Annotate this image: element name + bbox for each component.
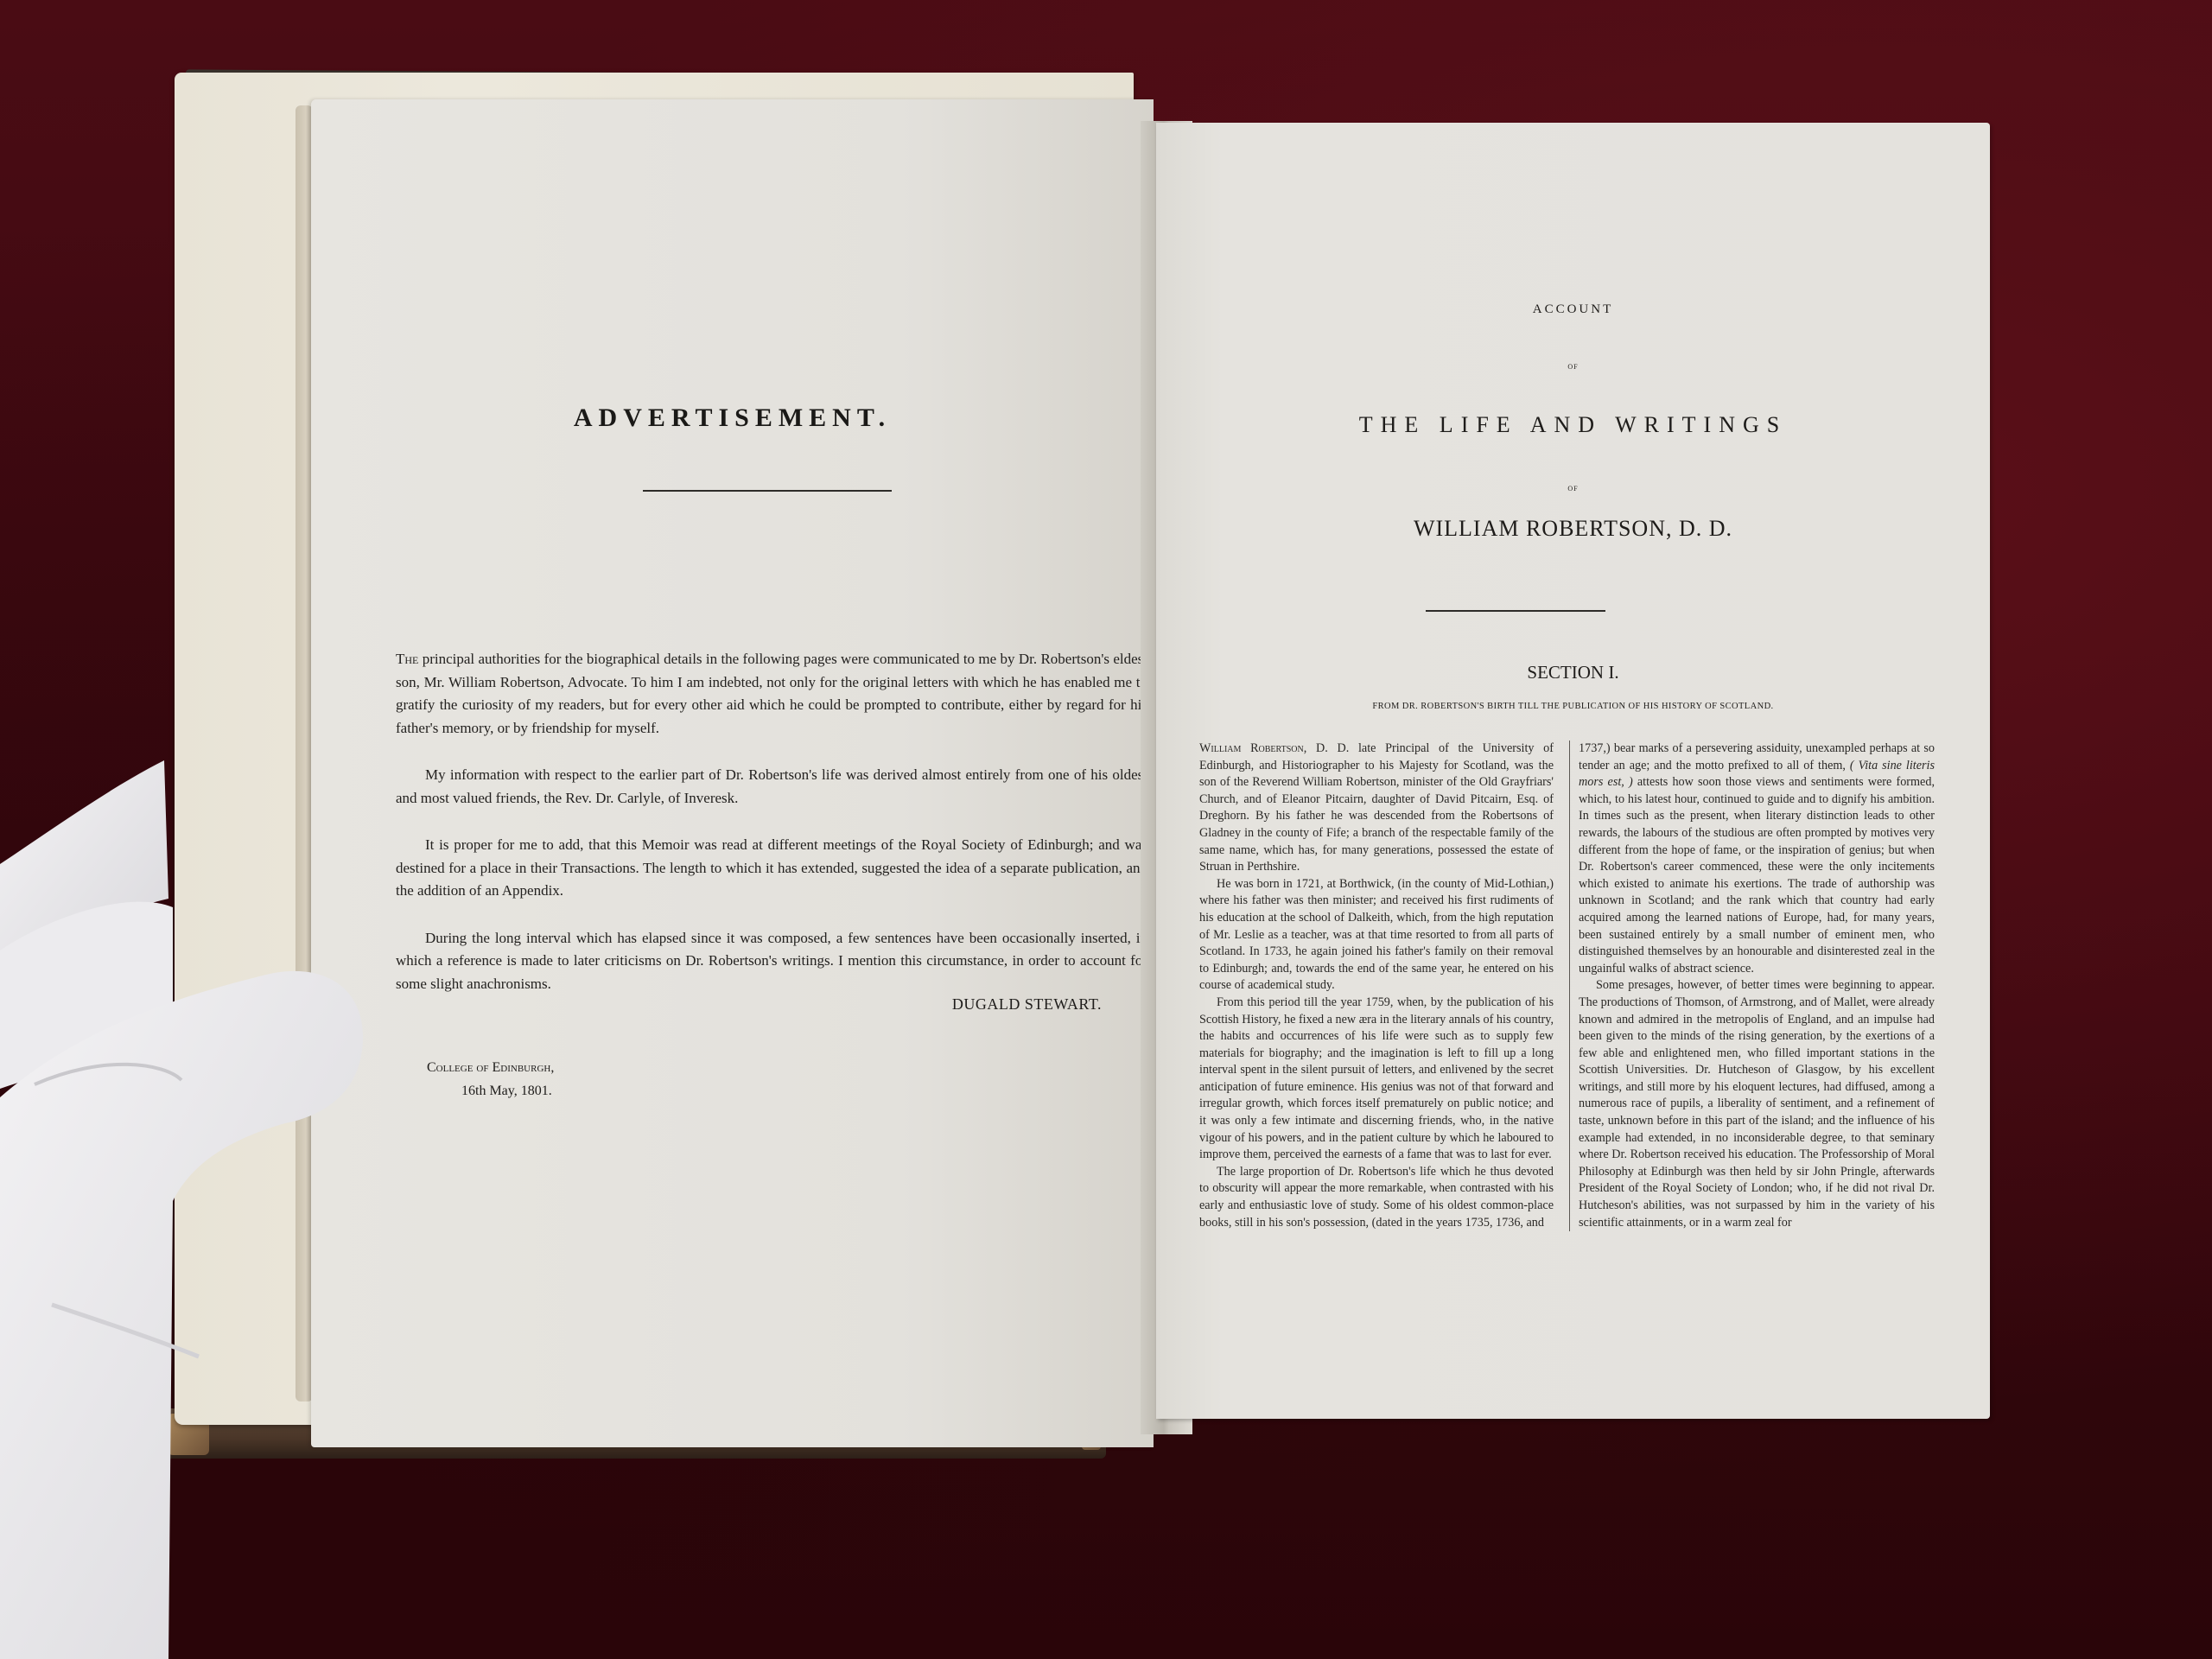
- paragraph-lead: The: [396, 651, 418, 667]
- text-column-left: William Robertson, D. D. late Principal …: [1199, 741, 1554, 1231]
- section-heading: SECTION I.: [1156, 662, 1990, 683]
- dateline: College of Edinburgh, 16th May, 1801.: [427, 1056, 554, 1103]
- paragraph-text: principal authorities for the biographic…: [396, 651, 1147, 736]
- paragraph: My information with respect to the earli…: [396, 764, 1147, 810]
- paragraph-lead: William Robertson,: [1199, 741, 1306, 755]
- heading-divider: [643, 490, 892, 492]
- paragraph: It is proper for me to add, that this Me…: [396, 834, 1147, 903]
- paragraph: The large proportion of Dr. Robertson's …: [1199, 1164, 1554, 1231]
- advertisement-body: The principal authorities for the biogra…: [396, 648, 1147, 1020]
- gloved-hand: [0, 752, 380, 1659]
- left-page: ADVERTISEMENT. The principal authorities…: [311, 99, 1154, 1447]
- title-of: OF: [1156, 485, 1990, 493]
- paragraph: He was born in 1721, at Borthwick, (in t…: [1199, 876, 1554, 995]
- text-column-right: 1737,) bear marks of a persevering assid…: [1569, 741, 1935, 1231]
- paragraph: William Robertson, D. D. late Principal …: [1199, 741, 1554, 876]
- author-signature: DUGALD STEWART.: [952, 995, 1102, 1014]
- title-of: OF: [1156, 363, 1990, 371]
- paragraph: Some presages, however, of better times …: [1579, 977, 1935, 1231]
- dateline-date: 16th May, 1801.: [427, 1079, 554, 1103]
- paragraph: During the long interval which has elaps…: [396, 927, 1147, 996]
- title-divider: [1426, 610, 1605, 612]
- section-subtitle: FROM DR. ROBERTSON'S BIRTH TILL THE PUBL…: [1156, 702, 1990, 711]
- right-page: ACCOUNT OF THE LIFE AND WRITINGS OF WILL…: [1156, 123, 1990, 1419]
- paragraph: 1737,) bear marks of a persevering assid…: [1579, 741, 1935, 977]
- title-life-and-writings: THE LIFE AND WRITINGS: [1156, 412, 1990, 438]
- title-account: ACCOUNT: [1156, 302, 1990, 317]
- paragraph: The principal authorities for the biogra…: [396, 648, 1147, 740]
- paragraph: From this period till the year 1759, whe…: [1199, 995, 1554, 1164]
- paragraph-text: attests how soon those views and sentime…: [1579, 775, 1935, 976]
- advertisement-heading: ADVERTISEMENT.: [311, 404, 1154, 433]
- dateline-place: College of Edinburgh,: [427, 1060, 554, 1075]
- paragraph-text: D. D. late Principal of the University o…: [1199, 741, 1554, 874]
- title-subject: WILLIAM ROBERTSON, D. D.: [1156, 516, 1990, 542]
